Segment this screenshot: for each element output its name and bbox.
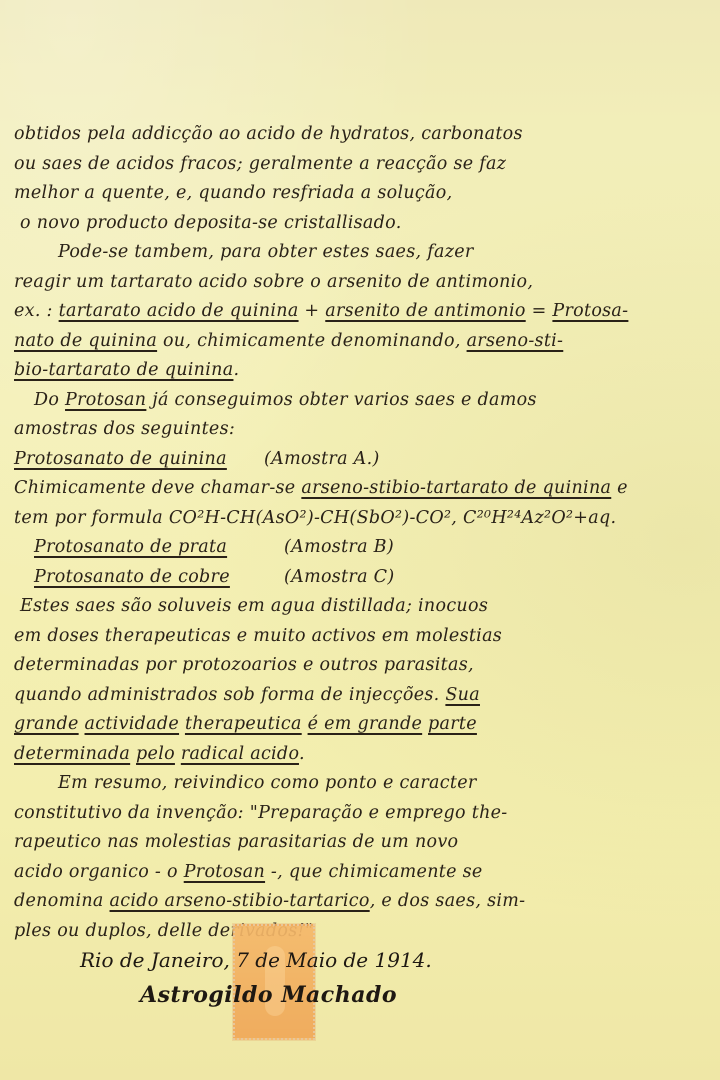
- underlined-term: grande: [14, 714, 79, 734]
- text-line: rapeutico nas molestias parasitarias de …: [14, 828, 704, 858]
- text-line: Em resumo, reivindico como ponto e carac…: [14, 769, 704, 799]
- sample-name: Protosanato de prata: [34, 533, 284, 563]
- text-line: obtidos pela addicção ao acido de hydrat…: [14, 120, 704, 150]
- text-line: ex. : tartarato acido de quinina + arsen…: [14, 297, 704, 327]
- text-line: Pode-se tambem, para obter estes saes, f…: [14, 238, 704, 268]
- text-line: em doses therapeuticas e muito activos e…: [14, 622, 704, 652]
- underlined-term: arsenito de antimonio: [325, 301, 525, 321]
- text-line: grande actividade therapeutica é em gran…: [14, 710, 704, 740]
- underlined-term: Protosan: [184, 862, 265, 882]
- underlined-term: acido arseno-stibio-tartarico: [110, 891, 370, 911]
- chemical-formula: CO²H-CH(AsO²)-CH(SbO²)-CO², C²⁰H²⁴Az²O²+…: [169, 508, 617, 528]
- text: +: [299, 301, 326, 321]
- text: Chimicamente deve chamar-se: [14, 478, 301, 498]
- underlined-term: é em grande: [308, 714, 423, 734]
- text: quando administrados sob forma de injecç…: [14, 685, 445, 705]
- sample-label: (Amostra A.): [264, 449, 380, 469]
- text-line: Estes saes são soluveis em agua distilla…: [14, 592, 704, 622]
- text-line: melhor a quente, e, quando resfriada a s…: [14, 179, 704, 209]
- text-line: constitutivo da invenção: "Preparação e …: [14, 799, 704, 829]
- sample-line: Protosanato de cobre(Amostra C): [14, 563, 704, 593]
- underlined-term: radical acido: [181, 744, 299, 764]
- signature: Astrogildo Machado: [140, 982, 397, 1008]
- underlined-term: bio-tartarato de quinina: [14, 360, 233, 380]
- text-line: bio-tartarato de quinina.: [14, 356, 704, 386]
- formula-line: tem por formula CO²H-CH(AsO²)-CH(SbO²)-C…: [14, 504, 704, 534]
- text-line: Chimicamente deve chamar-se arseno-stibi…: [14, 474, 704, 504]
- text: , e dos saes, sim-: [370, 891, 526, 911]
- underlined-term: parte: [428, 714, 477, 734]
- underlined-term: determinada: [14, 744, 130, 764]
- text-line: o novo producto deposita-se cristallisad…: [14, 209, 704, 239]
- text: Do: [34, 390, 65, 410]
- underlined-term: Protosan: [65, 390, 146, 410]
- text-line: Do Protosan já conseguimos obter varios …: [14, 386, 704, 416]
- text-line: ou saes de acidos fracos; geralmente a r…: [14, 150, 704, 180]
- underlined-term: Sua: [445, 685, 480, 705]
- text: .: [299, 744, 305, 764]
- sample-line: Protosanato de prata(Amostra B): [14, 533, 704, 563]
- text-line: nato de quinina ou, chimicamente denomin…: [14, 327, 704, 357]
- underlined-term: arseno-sti-: [467, 331, 564, 351]
- text: já conseguimos obter varios saes e damos: [146, 390, 536, 410]
- underlined-term: actividade: [85, 714, 180, 734]
- text: denomina: [14, 891, 110, 911]
- text: e: [611, 478, 628, 498]
- sample-line: Protosanato de quinina(Amostra A.): [14, 445, 704, 475]
- underlined-term: pelo: [136, 744, 175, 764]
- text-line: quando administrados sob forma de injecç…: [14, 681, 704, 711]
- sample-name: Protosanato de quinina: [14, 445, 264, 475]
- sample-label: (Amostra B): [284, 537, 394, 557]
- underlined-term: tartarato acido de quinina: [59, 301, 299, 321]
- text: .: [233, 360, 239, 380]
- place-date: Rio de Janeiro, 7 de Maio de 1914.: [80, 948, 432, 972]
- text-line: amostras dos seguintes:: [14, 415, 704, 445]
- manuscript-body: obtidos pela addicção ao acido de hydrat…: [14, 120, 704, 946]
- text-line: acido organico - o Protosan -, que chimi…: [14, 858, 704, 888]
- underlined-term: nato de quinina: [14, 331, 157, 351]
- text: ou, chimicamente denominando,: [157, 331, 466, 351]
- text-line: reagir um tartarato acido sobre o arseni…: [14, 268, 704, 298]
- text: =: [526, 301, 553, 321]
- underlined-term: therapeutica: [185, 714, 302, 734]
- text: acido organico - o: [14, 862, 184, 882]
- text-line: determinadas por protozoarios e outros p…: [14, 651, 704, 681]
- text: ex. :: [14, 301, 59, 321]
- sample-name: Protosanato de cobre: [34, 563, 284, 593]
- text-line: denomina acido arseno-stibio-tartarico, …: [14, 887, 704, 917]
- text-line: determinada pelo radical acido.: [14, 740, 704, 770]
- underlined-term: arseno-stibio-tartarato de quinina: [301, 478, 611, 498]
- sample-label: (Amostra C): [284, 567, 395, 587]
- text: -, que chimicamente se: [265, 862, 483, 882]
- text: tem por formula: [14, 508, 169, 528]
- text-line: ples ou duplos, delle derivados!": [14, 917, 704, 947]
- underlined-term: Protosa-: [552, 301, 628, 321]
